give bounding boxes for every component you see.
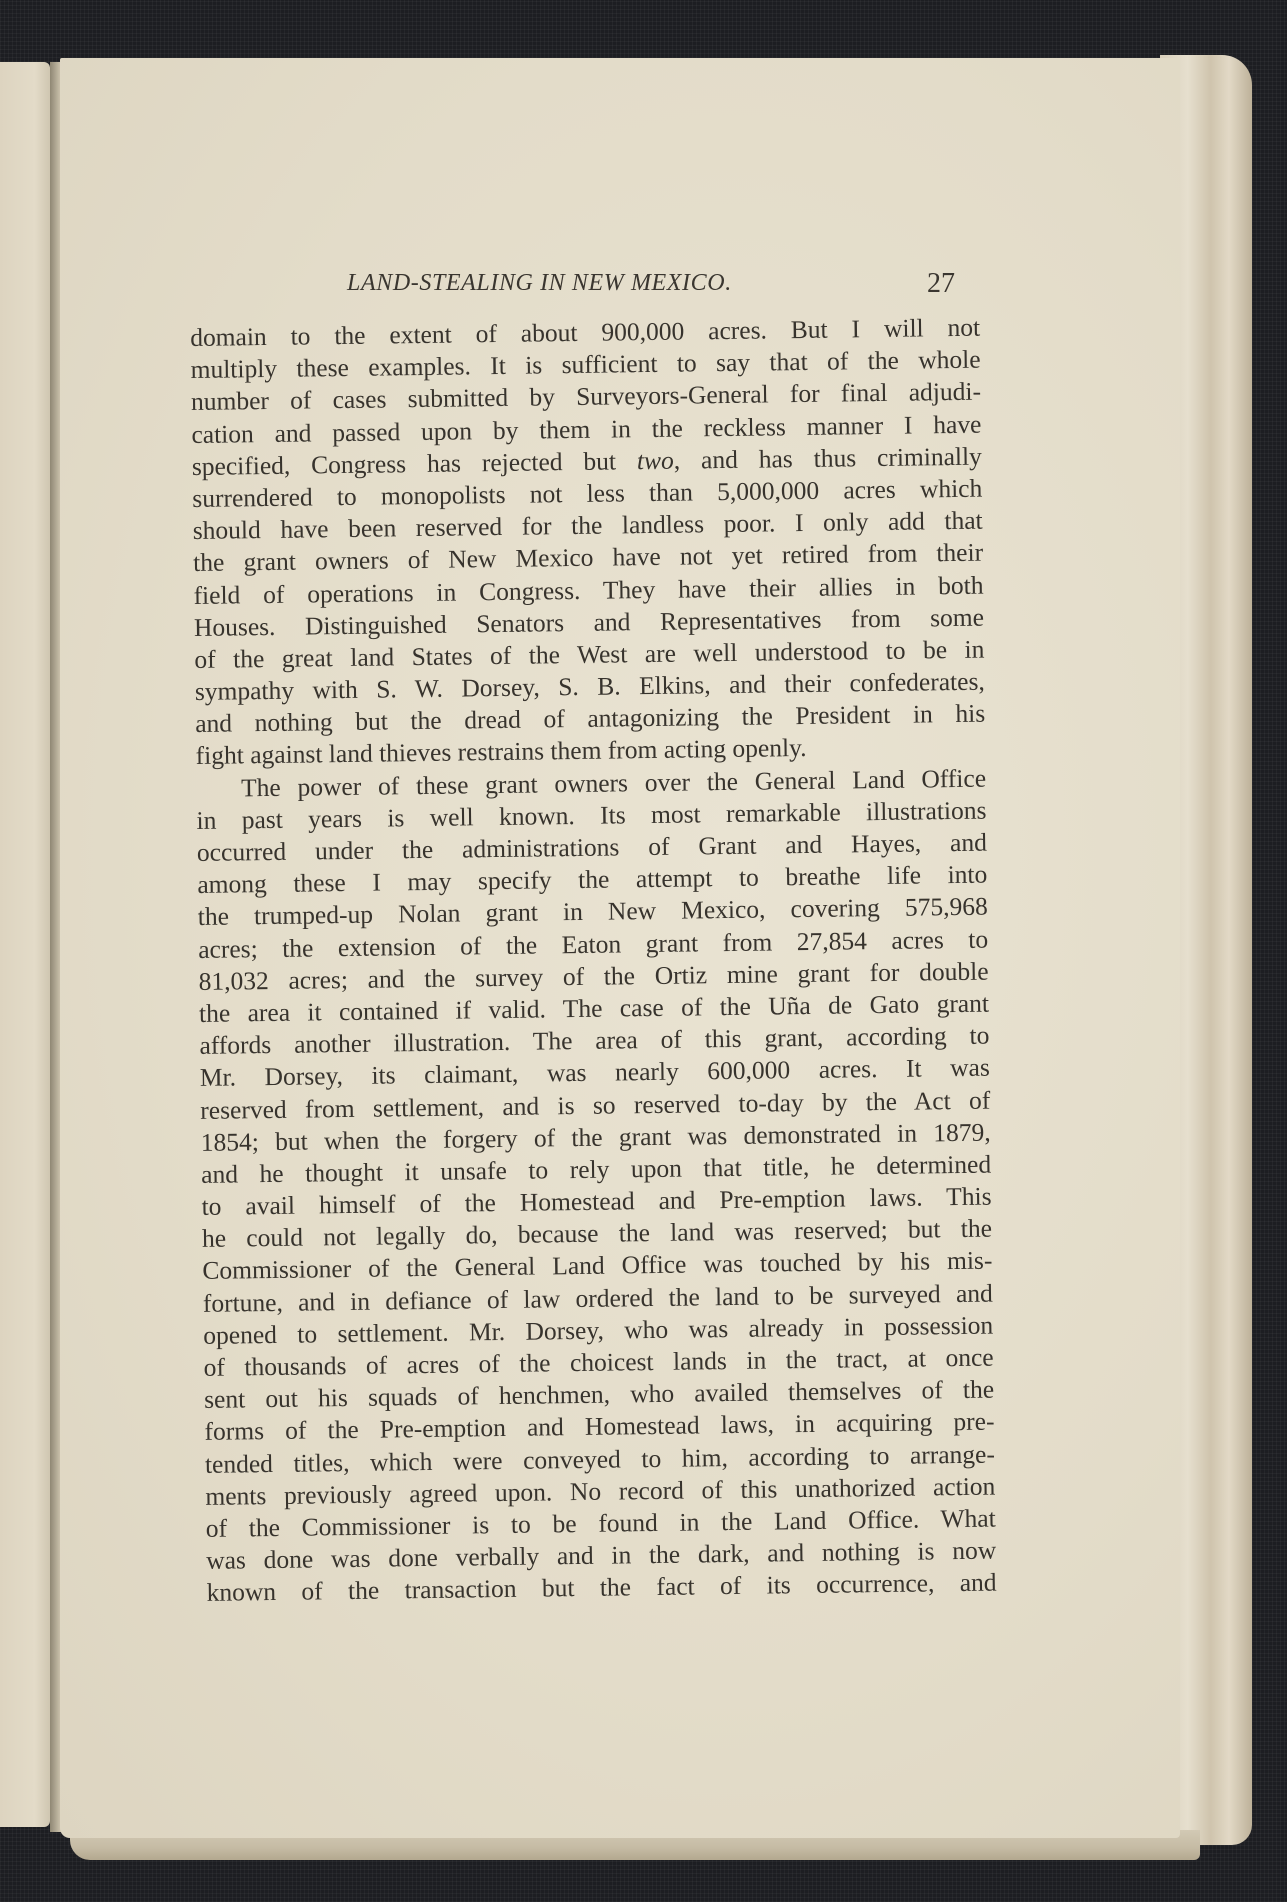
italic-word: two (637, 445, 674, 474)
running-head: LAND-STEALING IN NEW MEXICO. 27 (347, 268, 955, 302)
text-segment: , and has thus criminally (674, 441, 982, 474)
text-segment: specified, Congress has rejected but (192, 446, 637, 481)
body-text: domain to the extent of about 900,000 ac… (190, 312, 997, 1610)
facing-page-edge (0, 62, 50, 1827)
page-number: 27 (927, 268, 955, 300)
running-title: LAND-STEALING IN NEW MEXICO. (347, 270, 732, 297)
